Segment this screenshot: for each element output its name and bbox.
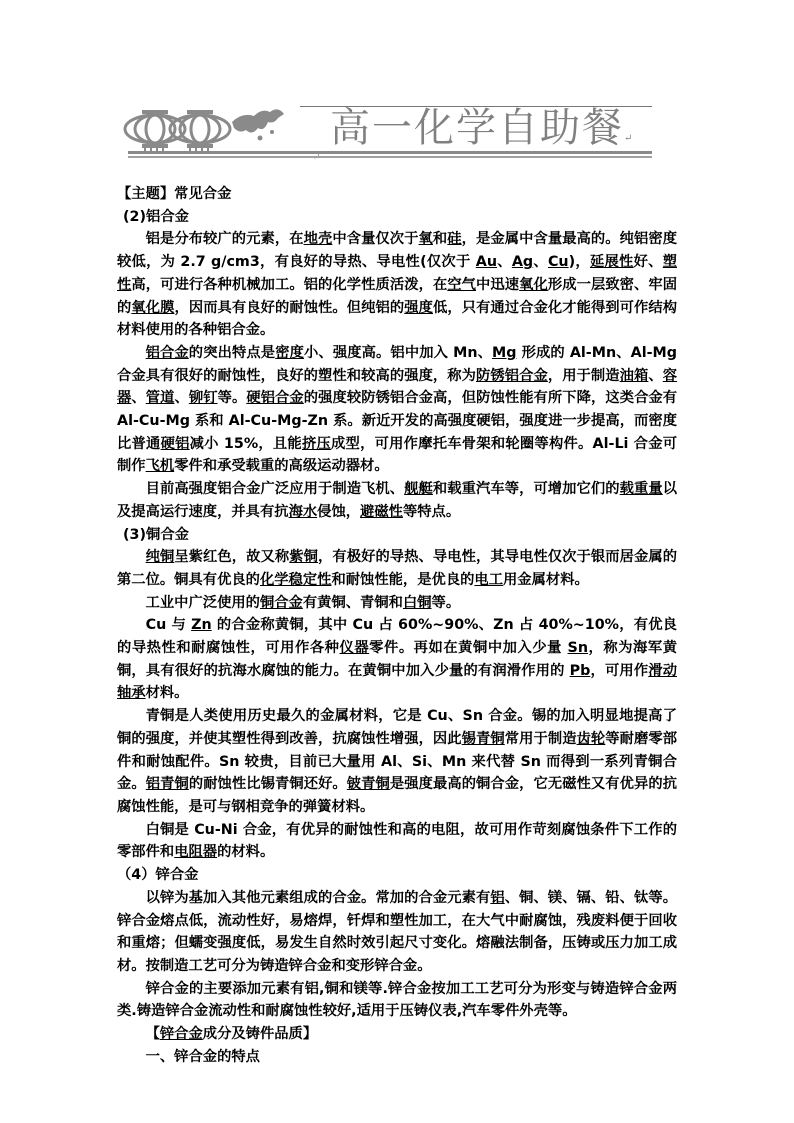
paragraph: 工业中广泛使用的铜合金有黄铜、青铜和白铜等。 <box>117 592 677 615</box>
paragraph: 目前高强度铝合金广泛应用于制造飞机、舰艇和载重汽车等，可增加它们的载重量以及提高… <box>117 478 677 523</box>
hyperlink-term[interactable]: 纯铜 <box>146 549 175 565</box>
hyperlink-term[interactable]: 化学稳定性 <box>260 572 331 588</box>
text-run: 、 <box>533 254 548 270</box>
hyperlink-term[interactable]: 氧化 <box>519 277 548 293</box>
zinc-alloy-link[interactable]: 锌合金 <box>160 1026 203 1042</box>
hyperlink-term[interactable]: Mg <box>492 345 516 361</box>
hyperlink-term[interactable]: 密度 <box>275 345 304 361</box>
text-run: 等。 <box>218 390 247 406</box>
text-run: 中含量仅次于 <box>332 231 418 247</box>
hyperlink-term[interactable]: 白铜 <box>403 595 432 611</box>
hyperlink-term[interactable]: 铝合金 <box>146 345 189 361</box>
hyperlink-term[interactable]: 防锈铝合金 <box>476 368 548 384</box>
hyperlink-term[interactable]: 紫铜 <box>289 549 318 565</box>
hyperlink-term[interactable]: 延展性 <box>590 254 634 270</box>
paragraph: 铝是分布较广的元素，在地壳中含量仅次于氧和硅，是金属中含量最高的。纯铝密度较低，… <box>117 228 677 342</box>
hyperlink-term[interactable]: 硅 <box>447 231 461 247</box>
hyperlink-term[interactable]: 铜合金 <box>260 595 303 611</box>
section-heading-copper: (3)铜合金 <box>117 524 677 547</box>
hyperlink-term[interactable]: 飞机 <box>146 458 175 474</box>
paragraph-mark: ↵ <box>624 133 632 144</box>
subheading-zinc-composition: 【锌合金成分及铸件品质】 <box>117 1023 677 1046</box>
banner-rule <box>128 151 652 154</box>
hyperlink-term[interactable]: 硬铝 <box>161 436 190 452</box>
text-run: 和 <box>433 231 447 247</box>
hyperlink-term[interactable]: 氧 <box>419 231 433 247</box>
hyperlink-term[interactable]: 铝青铜 <box>146 776 189 792</box>
hyperlink-term[interactable]: Zn <box>191 617 212 633</box>
text-run: ，因而具有良好的耐蚀性。但纯铝的 <box>174 300 404 316</box>
paragraph: 纯铜呈紫红色，故又称紫铜，有极好的导热、导电性，其导电性仅次于银而居金属的第二位… <box>117 546 677 591</box>
paragraph: 锌合金的主要添加元素有铝,铜和镁等.锌合金按加工工艺可分为形变与铸造锌合金两类.… <box>117 978 677 1023</box>
text-run: 呈紫红色，故又称 <box>174 549 289 565</box>
text-run: 和载重汽车等，可增加它们的 <box>433 481 620 497</box>
hyperlink-term[interactable]: Au <box>476 254 497 270</box>
hyperlink-term[interactable]: 铝 <box>490 890 504 906</box>
text-run: 零件和承受载重的高级运动器材。 <box>174 458 388 474</box>
hyperlink-term[interactable]: Ag <box>512 254 533 270</box>
paragraph: 铝合金的突出特点是密度小、强度高。铝中加入 Mn、Mg 形成的 Al-Mn、Al… <box>117 342 677 478</box>
paragraph: Cu 与 Zn 的合金称黄铜，其中 Cu 占 60%~90%、Zn 占 40%~… <box>117 614 677 705</box>
hyperlink-term[interactable]: 载重量 <box>620 481 663 497</box>
text-run: 以锌为基加入其他元素组成的合金。常加的合金元素有 <box>146 890 491 906</box>
text-run: 好、 <box>634 254 663 270</box>
text-run: 材料。 <box>146 685 189 701</box>
hyperlink-term[interactable]: 舰艇 <box>404 481 433 497</box>
lantern-logo-icon <box>120 104 295 156</box>
document-header-banner: 高一化学自助餐↵ ↵ <box>120 100 660 165</box>
text-run: 零件。再如在黄铜中加入少量 <box>369 640 567 656</box>
hyperlink-term[interactable]: 硬铝合金 <box>246 390 303 406</box>
text-run: 中迅速 <box>476 277 519 293</box>
text-run: 常用于制造 <box>505 731 577 747</box>
text-run: 有黄铜、青铜和 <box>303 595 403 611</box>
document-body: 【主题】常见合金 (2)铝合金 铝是分布较广的元素，在地壳中含量仅次于氧和硅，是… <box>117 183 677 1068</box>
text-run: 的耐蚀性比锡青铜还好。 <box>189 776 347 792</box>
hyperlink-term[interactable]: 管道 <box>146 390 175 406</box>
text-run: 和耐蚀性能，是优良的 <box>331 572 474 588</box>
text-run: 、 <box>174 390 188 406</box>
text-run: 目前高强度铝合金广泛应用于制造飞机、 <box>146 481 405 497</box>
banner-title: 高一化学自助餐↵ <box>330 104 632 163</box>
text-run: 等特点。 <box>403 504 460 520</box>
topic-heading: 【主题】常见合金 <box>117 183 677 206</box>
hyperlink-term[interactable]: 齿轮 <box>577 731 606 747</box>
hyperlink-term[interactable]: Sn <box>568 640 588 656</box>
text-run: )， <box>569 254 590 270</box>
hyperlink-term[interactable]: 强度 <box>404 300 433 316</box>
text-run: 等。 <box>432 595 461 611</box>
hyperlink-term[interactable]: Pb <box>570 663 591 679</box>
hyperlink-term[interactable]: 仪器 <box>340 640 370 656</box>
text-run: 高，可进行各种机械加工。铝的化学性质活泼，在 <box>131 277 447 293</box>
text-run: 锌合金的主要添加元素有铝,铜和镁等.锌合金按加工工艺可分为形变与铸造锌合金两类.… <box>117 981 677 1020</box>
subheading-zinc-features: 一、锌合金的特点 <box>117 1046 677 1069</box>
text-run: 工业中广泛使用的 <box>146 595 260 611</box>
hyperlink-term[interactable]: 海水 <box>289 504 318 520</box>
hyperlink-term[interactable]: 铆钉 <box>189 390 218 406</box>
text-run: 的材料。 <box>217 844 274 860</box>
text-run: ，用于制造 <box>548 368 620 384</box>
paragraph: 以锌为基加入其他元素组成的合金。常加的合金元素有铝、铜、镁、镉、铅、钛等。锌合金… <box>117 887 677 978</box>
text-run: 的突出特点是 <box>189 345 275 361</box>
text-run: 、 <box>648 368 662 384</box>
hyperlink-term[interactable]: 挤压 <box>302 436 331 452</box>
text-run: Cu 与 <box>146 617 192 633</box>
hyperlink-term[interactable]: 铍青铜 <box>347 776 390 792</box>
text-run: ，可用作 <box>590 663 648 679</box>
hyperlink-term[interactable]: 电阻器 <box>174 844 217 860</box>
text-run: 、 <box>131 390 145 406</box>
banner-rule <box>128 156 652 158</box>
hyperlink-term[interactable]: Cu <box>548 254 569 270</box>
text-run: 铝是分布较广的元素，在 <box>146 231 304 247</box>
hyperlink-term[interactable]: 氧化膜 <box>131 300 174 316</box>
hyperlink-term[interactable]: 油箱 <box>620 368 649 384</box>
section-heading-aluminum: (2)铝合金 <box>117 206 677 229</box>
hyperlink-term[interactable]: 避磁性 <box>360 504 403 520</box>
hyperlink-term[interactable]: 空气 <box>447 277 476 293</box>
hyperlink-term[interactable]: 地壳 <box>304 231 333 247</box>
text-run: 小、强度高。铝中加入 Mn、 <box>304 345 492 361</box>
text-run: 侵蚀， <box>317 504 360 520</box>
section-heading-zinc: （4）锌合金 <box>117 864 677 887</box>
hyperlink-term[interactable]: 锡青铜 <box>462 731 505 747</box>
paragraph: 青铜是人类使用历史最久的金属材料，它是 Cu、Sn 合金。锡的加入明显地提高了铜… <box>117 705 677 819</box>
text-run: 、 <box>497 254 512 270</box>
paragraph: 白铜是 Cu-Ni 合金，有优异的耐蚀性和高的电阻，故可用作苛刻腐蚀条件下工作的… <box>117 819 677 864</box>
text-run: 减小 15%，且能 <box>190 436 302 452</box>
hyperlink-term[interactable]: 电工 <box>474 572 503 588</box>
text-run: 用金属材料。 <box>503 572 589 588</box>
